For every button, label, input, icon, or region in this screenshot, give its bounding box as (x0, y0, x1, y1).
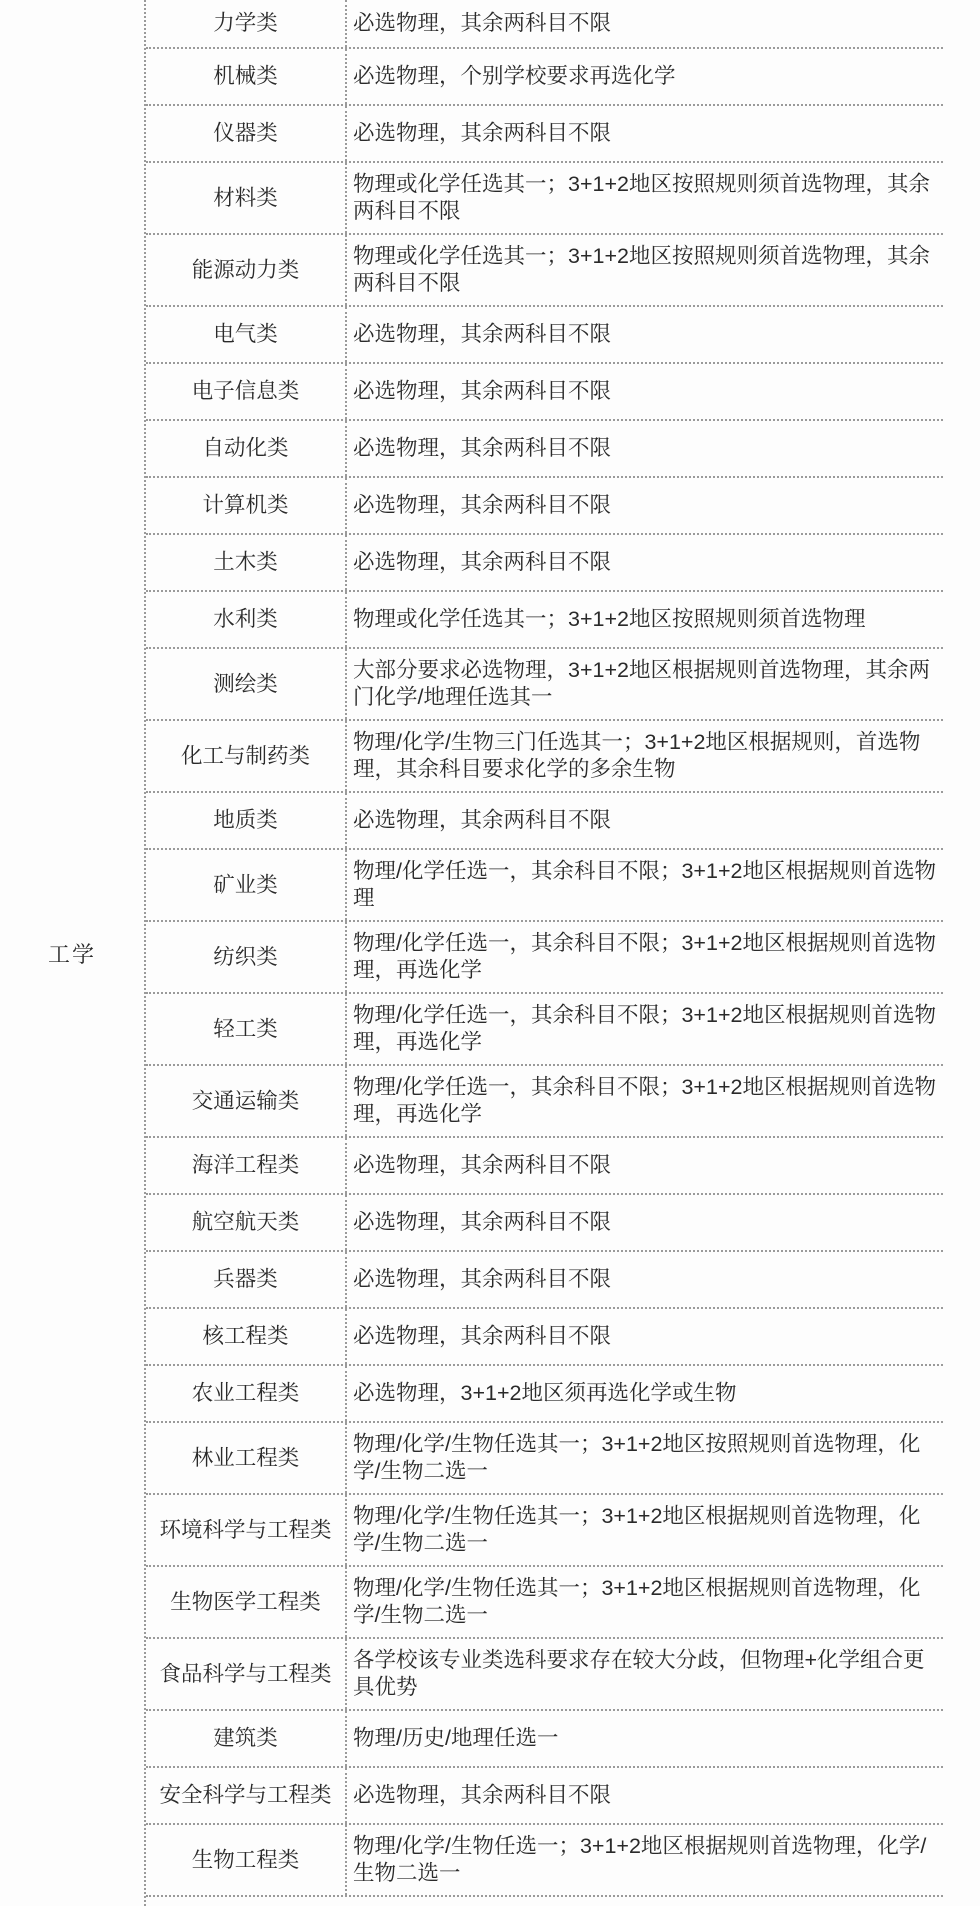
table-row: 能源动力类 物理或化学任选其一；3+1+2地区按照规则须首选物理，其余两科目不限 (146, 235, 943, 307)
requirement-cell: 必选物理，其余两科目不限 (347, 106, 943, 161)
category-cell: 食品科学与工程类 (146, 1639, 347, 1709)
table-row: 交通运输类 物理/化学任选一，其余科目不限；3+1+2地区根据规则首选物理，再选… (146, 1066, 943, 1138)
requirement-cell: 必选物理，个别学校要求再选化学 (347, 49, 943, 104)
requirement-cell: 必选物理，其余两科目不限 (347, 0, 943, 47)
category-cell: 兵器类 (146, 1252, 347, 1307)
table-row: 海洋工程类 必选物理，其余两科目不限 (146, 1138, 943, 1195)
category-cell: 力学类 (146, 0, 347, 47)
table-row: 自动化类 必选物理，其余两科目不限 (146, 421, 943, 478)
category-cell: 交通运输类 (146, 1066, 347, 1136)
table-row: 安全科学与工程类 必选物理，其余两科目不限 (146, 1768, 943, 1825)
table-row: 矿业类 物理/化学任选一，其余科目不限；3+1+2地区根据规则首选物理 (146, 850, 943, 922)
table-row: 土木类 必选物理，其余两科目不限 (146, 535, 943, 592)
category-cell: 矿业类 (146, 850, 347, 920)
requirement-cell: 物理/化学/生物任选其一；3+1+2地区根据规则首选物理，化学/生物二选一 (347, 1495, 943, 1565)
table-row: 兵器类 必选物理，其余两科目不限 (146, 1252, 943, 1309)
category-cell: 化工与制药类 (146, 721, 347, 791)
requirement-cell: 物理或化学任选其一；3+1+2地区按照规则须首选物理 (347, 592, 943, 647)
requirement-cell: 物理/化学任选一，其余科目不限；3+1+2地区根据规则首选物理 (347, 850, 943, 920)
requirement-cell: 物理/化学任选一，其余科目不限；3+1+2地区根据规则首选物理，再选化学 (347, 1066, 943, 1136)
requirement-cell: 必选物理，其余两科目不限 (347, 1768, 943, 1823)
requirement-cell: 必选物理，其余两科目不限 (347, 307, 943, 362)
table-row: 核工程类 必选物理，其余两科目不限 (146, 1309, 943, 1366)
category-cell: 生物医学工程类 (146, 1567, 347, 1637)
requirement-cell: 必选物理，其余两科目不限 (347, 1195, 943, 1250)
requirement-cell: 大部分要求必选物理，3+1+2地区根据规则首选物理，其余两门化学/地理任选其一 (347, 649, 943, 719)
requirement-cell: 必选物理，其余两科目不限 (347, 1138, 943, 1193)
table-row: 水利类 物理或化学任选其一；3+1+2地区按照规则须首选物理 (146, 592, 943, 649)
requirement-cell: 物理/化学/生物任选其一；3+1+2地区按照规则首选物理，化学/生物二选一 (347, 1423, 943, 1493)
table-row: 纺织类 物理/化学任选一，其余科目不限；3+1+2地区根据规则首选物理，再选化学 (146, 922, 943, 994)
table-row: 建筑类 物理/历史/地理任选一 (146, 1711, 943, 1768)
requirement-cell: 物理或化学任选其一；3+1+2地区按照规则须首选物理，其余两科目不限 (347, 163, 943, 233)
requirement-cell: 必选物理，其余两科目不限 (347, 535, 943, 590)
requirement-cell: 物理/化学任选一，其余科目不限；3+1+2地区根据规则首选物理，再选化学 (347, 994, 943, 1064)
category-cell: 测绘类 (146, 649, 347, 719)
category-cell: 材料类 (146, 163, 347, 233)
category-cell: 生物工程类 (146, 1825, 347, 1895)
table-row: 材料类 物理或化学任选其一；3+1+2地区按照规则须首选物理，其余两科目不限 (146, 163, 943, 235)
requirement-cell: 物理/化学任选一，其余科目不限；3+1+2地区根据规则首选物理，再选化学 (347, 922, 943, 992)
requirement-cell: 必选物理，其余两科目不限 (347, 421, 943, 476)
requirement-cell: 物理/历史/地理任选一 (347, 1711, 943, 1766)
table-row: 电气类 必选物理，其余两科目不限 (146, 307, 943, 364)
table-row: 测绘类 大部分要求必选物理，3+1+2地区根据规则首选物理，其余两门化学/地理任… (146, 649, 943, 721)
rows-container: 力学类 必选物理，其余两科目不限 机械类 必选物理，个别学校要求再选化学 仪器类… (146, 0, 943, 1906)
table-row: 计算机类 必选物理，其余两科目不限 (146, 478, 943, 535)
category-cell: 农业工程类 (146, 1366, 347, 1421)
requirement-cell: 必选物理，其余两科目不限 (347, 1309, 943, 1364)
table-row: 仪器类 必选物理，其余两科目不限 (146, 106, 943, 163)
requirement-cell: 必选物理，其余两科目不限 (347, 478, 943, 533)
category-cell: 轻工类 (146, 994, 347, 1064)
requirement-cell: 物理/化学/生物三门任选其一；3+1+2地区根据规则，首选物理，其余科目要求化学… (347, 721, 943, 791)
category-cell: 自动化类 (146, 421, 347, 476)
category-cell: 计算机类 (146, 478, 347, 533)
table-row: 电子信息类 必选物理，其余两科目不限 (146, 364, 943, 421)
category-cell: 核工程类 (146, 1309, 347, 1364)
category-cell: 建筑类 (146, 1711, 347, 1766)
table-row: 力学类 必选物理，其余两科目不限 (146, 0, 943, 49)
category-cell: 海洋工程类 (146, 1138, 347, 1193)
table-row: 地质类 必选物理，其余两科目不限 (146, 793, 943, 850)
requirement-cell: 必选物理，其余两科目不限 (347, 793, 943, 848)
category-cell: 环境科学与工程类 (146, 1495, 347, 1565)
category-cell: 安全科学与工程类 (146, 1768, 347, 1823)
requirement-cell: 物理或化学任选其一；3+1+2地区按照规则须首选物理，其余两科目不限 (347, 235, 943, 305)
group-label-cell: 工学 (0, 0, 146, 1906)
category-cell: 电气类 (146, 307, 347, 362)
table-row: 生物工程类 物理/化学/生物任选一；3+1+2地区根据规则首选物理，化学/生物二… (146, 1825, 943, 1897)
subject-requirement-table: 工学 力学类 必选物理，其余两科目不限 机械类 必选物理，个别学校要求再选化学 … (0, 0, 980, 1906)
table-row: 食品科学与工程类 各学校该专业类选科要求存在较大分歧，但物理+化学组合更具优势 (146, 1639, 943, 1711)
category-cell: 机械类 (146, 49, 347, 104)
right-gutter (943, 0, 980, 1906)
table-row: 航空航天类 必选物理，其余两科目不限 (146, 1195, 943, 1252)
requirement-cell: 物理/化学/生物任选一；3+1+2地区根据规则首选物理，化学/生物二选一 (347, 1825, 943, 1895)
requirement-cell: 必选物理，其余两科目不限 (347, 1252, 943, 1307)
category-cell: 纺织类 (146, 922, 347, 992)
table-row: 林业工程类 物理/化学/生物任选其一；3+1+2地区按照规则首选物理，化学/生物… (146, 1423, 943, 1495)
requirement-cell: 必选物理，3+1+2地区须再选化学或生物 (347, 1366, 943, 1421)
category-cell: 水利类 (146, 592, 347, 647)
table-row: 机械类 必选物理，个别学校要求再选化学 (146, 49, 943, 106)
table-row: 环境科学与工程类 物理/化学/生物任选其一；3+1+2地区根据规则首选物理，化学… (146, 1495, 943, 1567)
category-cell: 航空航天类 (146, 1195, 347, 1250)
table-row: 化工与制药类 物理/化学/生物三门任选其一；3+1+2地区根据规则，首选物理，其… (146, 721, 943, 793)
group-label: 工学 (48, 938, 96, 969)
category-cell: 电子信息类 (146, 364, 347, 419)
category-cell: 仪器类 (146, 106, 347, 161)
category-cell: 能源动力类 (146, 235, 347, 305)
table-row: 轻工类 物理/化学任选一，其余科目不限；3+1+2地区根据规则首选物理，再选化学 (146, 994, 943, 1066)
category-cell: 林业工程类 (146, 1423, 347, 1493)
category-cell: 地质类 (146, 793, 347, 848)
requirement-cell: 物理/化学/生物任选其一；3+1+2地区根据规则首选物理，化学/生物二选一 (347, 1567, 943, 1637)
table-row: 农业工程类 必选物理，3+1+2地区须再选化学或生物 (146, 1366, 943, 1423)
category-cell: 土木类 (146, 535, 347, 590)
requirement-cell: 必选物理，其余两科目不限 (347, 364, 943, 419)
table-row: 生物医学工程类 物理/化学/生物任选其一；3+1+2地区根据规则首选物理，化学/… (146, 1567, 943, 1639)
requirement-cell: 各学校该专业类选科要求存在较大分歧，但物理+化学组合更具优势 (347, 1639, 943, 1709)
